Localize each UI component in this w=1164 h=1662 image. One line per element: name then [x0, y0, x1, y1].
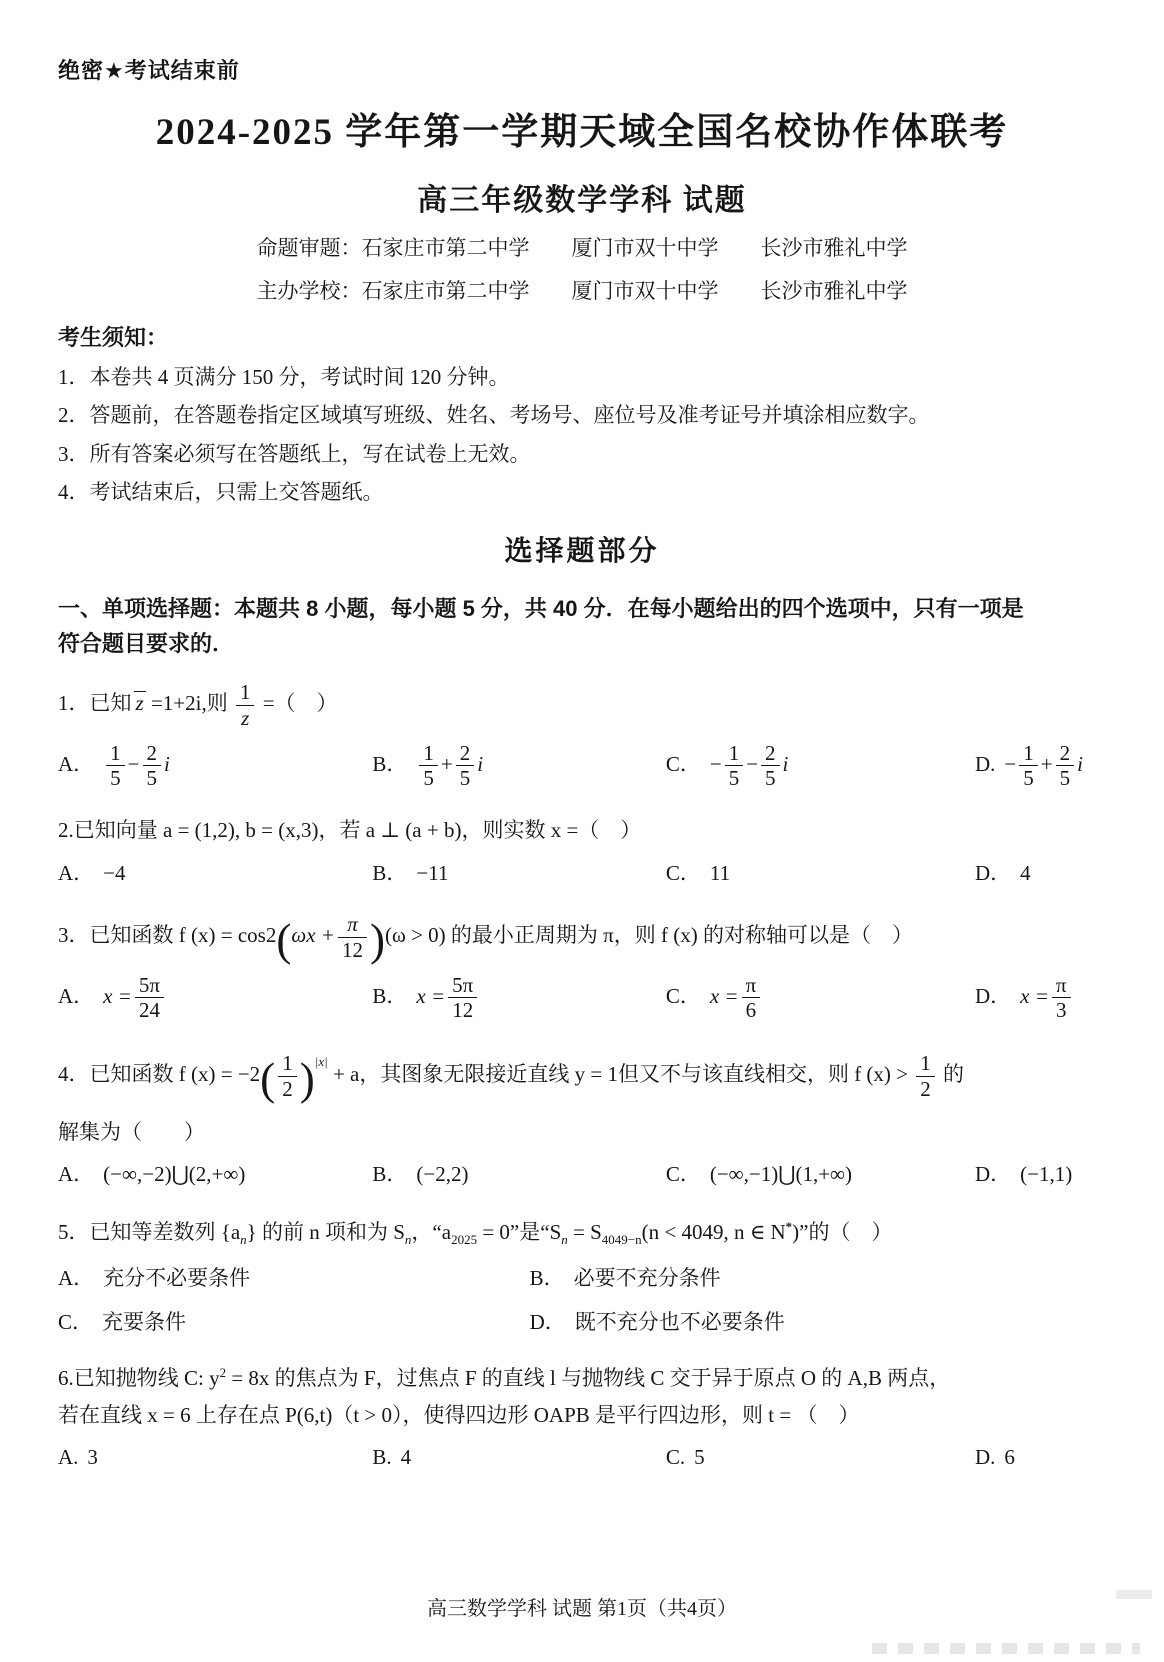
question-5-options: A．充分不必要条件 B．必要不充分条件 C．充要条件 D．既不充分也不必要条件 [58, 1262, 1106, 1336]
q5-text-pre: 5．已知等差数列 {a [58, 1220, 240, 1244]
question-1-options: A．15−25i B．15+25i C．−15−25i D.−15+25i [58, 740, 1106, 792]
fraction: 12 [916, 1052, 935, 1100]
q3-option-a: A．x =5π24 [58, 972, 372, 1024]
q6-line1-post: = 8x 的焦点为 F，过焦点 F 的直线 l 与抛物线 C 交于异于原点 O … [226, 1366, 950, 1390]
q4-option-c: C．(−∞,−1)⋃(1,+∞) [666, 1158, 975, 1188]
option-label: D． [975, 861, 1011, 885]
question-5: 5．已知等差数列 {an} 的前 n 项和为 Sn，“a2025 = 0”是“S… [58, 1218, 1106, 1249]
fraction-numerator: π [1052, 974, 1071, 999]
fraction-numerator: 1 [419, 742, 438, 767]
option-value: 3 [87, 1445, 98, 1469]
fraction-denominator: 5 [761, 766, 780, 790]
option-value: 既不充分也不必要条件 [575, 1310, 785, 1334]
q2-option-c: C．11 [666, 857, 975, 887]
section-intro-line1: 一、单项选择题：本题共 8 小题，每小题 5 分，共 40 分．在每小题给出的四… [58, 591, 1106, 626]
q6-line1-pre: 6.已知抛物线 C: y [58, 1366, 220, 1390]
option-label: B． [372, 1162, 407, 1186]
option-label: D． [975, 984, 1011, 1008]
option-label: A． [58, 861, 94, 885]
option-label: B． [372, 984, 407, 1008]
q1-option-d: D.−15+25i [975, 740, 1106, 792]
q5-text: = S [568, 1220, 602, 1244]
q5-option-a: A．充分不必要条件 [58, 1262, 530, 1292]
q3-inner-expression: ωx + [291, 923, 335, 947]
option-operator: − [128, 752, 140, 776]
notice-item-3: 3．所有答案必须写在答题纸上，写在试卷上无效。 [58, 441, 1106, 467]
q5-text: ，“a [411, 1220, 451, 1244]
right-parenthesis: ) [370, 925, 385, 957]
option-value: 必要不充分条件 [574, 1266, 721, 1290]
exam-title: 2024-2025 学年第一学期天域全国名校协作体联考 [58, 101, 1106, 155]
option-value: 6 [1004, 1445, 1015, 1469]
option-value: 4 [1020, 861, 1031, 885]
q4-text-pre: 4．已知函数 f (x) = −2 [58, 1062, 260, 1086]
fraction-denominator: 24 [135, 998, 164, 1022]
fraction-numerator: 1 [916, 1052, 935, 1077]
option-value: −11 [416, 861, 448, 885]
notice-item-2: 2．答题前，在答题卷指定区域填写班级、姓名、考场号、座位号及准考证号并填涂相应数… [58, 402, 1106, 428]
fraction-denominator: 5 [419, 766, 438, 790]
fraction-numerator: π [742, 974, 761, 999]
subscript: 2025 [451, 1233, 477, 1248]
fraction-denominator: 5 [1056, 766, 1075, 790]
fraction: 12 [278, 1052, 297, 1100]
option-value: 4 [401, 1445, 412, 1469]
fraction-denominator: 5 [1019, 766, 1038, 790]
q5-option-d: D．既不充分也不必要条件 [530, 1306, 1106, 1336]
fraction-numerator: 1 [106, 742, 125, 767]
option-equation: x = [103, 984, 132, 1008]
right-parenthesis: ) [300, 1064, 315, 1096]
q1-text-mid: =1+2i,则 [146, 691, 228, 715]
option-label: C． [666, 984, 701, 1008]
q6-line2: 若在直线 x = 6 上存在点 P(6,t)（t > 0），使得四边形 OAPB… [58, 1403, 859, 1427]
option-label: B． [372, 861, 407, 885]
option-equation: x = [1020, 984, 1049, 1008]
option-label: D． [530, 1310, 566, 1334]
fraction: 5π12 [448, 974, 477, 1022]
fraction-numerator: 2 [143, 742, 162, 767]
q6-option-a: A.3 [58, 1445, 372, 1470]
question-3: 3．已知函数 f (x) = cos2(ωx +π12)(ω > 0) 的最小正… [58, 911, 1106, 963]
option-sign: − [1004, 752, 1016, 776]
option-label: A． [58, 752, 94, 776]
option-label: B． [372, 752, 407, 776]
q1-text-pre: 1．已知 [58, 691, 132, 715]
question-2: 2.已知向量 a = (1,2), b = (x,3)，若 a ⊥ (a + b… [58, 816, 1106, 845]
left-parenthesis: ( [276, 925, 291, 957]
option-value: (−∞,−2)⋃(2,+∞) [103, 1162, 245, 1186]
question-2-options: A．−4 B．−11 C．11 D．4 [58, 857, 1106, 887]
section-heading: 选择题部分 [58, 529, 1106, 569]
option-value: 11 [710, 861, 730, 885]
subscript: 4049−n [602, 1233, 642, 1248]
fraction-numerator: 2 [761, 742, 780, 767]
q5-text: } 的前 n 项和为 S [247, 1220, 405, 1244]
notice-heading: 考生须知： [58, 321, 1106, 352]
q3-option-b: B．x =5π12 [372, 972, 665, 1024]
q5-option-b: B．必要不充分条件 [530, 1262, 1106, 1292]
reviewers-line: 命题审题：石家庄市第二中学 厦门市双十中学 长沙市雅礼中学 [58, 232, 1106, 262]
fraction-numerator: 1 [725, 742, 744, 767]
option-imaginary-unit: i [783, 752, 789, 776]
option-operator: + [441, 752, 453, 776]
fraction: 25 [1056, 742, 1075, 790]
option-equation: x = [710, 984, 739, 1008]
fraction-denominator: 12 [338, 938, 367, 962]
left-parenthesis: ( [260, 1064, 275, 1096]
fraction-denominator: 5 [456, 766, 475, 790]
question-6: 6.已知抛物线 C: y2 = 8x 的焦点为 F，过焦点 F 的直线 l 与抛… [58, 1360, 1106, 1434]
fraction-numerator: π [338, 913, 367, 938]
q5-text-tail: )”的（ ） [792, 1220, 892, 1244]
fraction-numerator: 1 [1019, 742, 1038, 767]
fraction-denominator: z [236, 706, 255, 730]
fraction: 1z [236, 681, 255, 729]
fraction: 25 [143, 742, 162, 790]
option-label: D． [975, 1162, 1011, 1186]
fraction: 25 [456, 742, 475, 790]
classification-label: 绝密★考试结束前 [58, 54, 1106, 85]
fraction: π6 [742, 974, 761, 1022]
q5-text: = 0”是“S [477, 1220, 561, 1244]
q2-option-a: A．−4 [58, 857, 372, 887]
hosts-line: 主办学校：石家庄市第二中学 厦门市双十中学 长沙市雅礼中学 [58, 275, 1106, 305]
fraction-numerator: 5π [448, 974, 477, 999]
fraction-numerator: 1 [236, 681, 255, 706]
option-label: D. [975, 752, 995, 776]
q4-option-b: B．(−2,2) [372, 1158, 665, 1188]
option-label: A． [58, 1162, 94, 1186]
section-intro: 一、单项选择题：本题共 8 小题，每小题 5 分，共 40 分．在每小题给出的四… [58, 591, 1106, 661]
exam-page: 绝密★考试结束前 2024-2025 学年第一学期天域全国名校协作体联考 高三年… [0, 0, 1164, 1662]
question-3-options: A．x =5π24 B．x =5π12 C．x =π6 D．x =π3 [58, 972, 1106, 1024]
scan-artifact [1116, 1590, 1152, 1599]
q3-option-c: C．x =π6 [666, 972, 975, 1024]
q4-solution-set-line: 解集为（ ） [58, 1116, 1106, 1146]
option-value: (−2,2) [416, 1162, 468, 1186]
fraction-denominator: 2 [916, 1077, 935, 1101]
fraction-numerator: 2 [456, 742, 475, 767]
fraction: π12 [338, 913, 367, 961]
option-label: C． [666, 752, 701, 776]
exam-subtitle: 高三年级数学学科 试题 [58, 175, 1106, 219]
option-imaginary-unit: i [1077, 752, 1083, 776]
fraction: 15 [106, 742, 125, 790]
q4-text-mid: + a，其图象无限接近直线 y = 1但又不与该直线相交，则 f (x) > [328, 1062, 914, 1086]
option-imaginary-unit: i [164, 752, 170, 776]
q3-option-d: D．x =π3 [975, 972, 1106, 1024]
fraction: 15 [1019, 742, 1038, 790]
option-label: A． [58, 1266, 94, 1290]
option-label: A. [58, 1445, 78, 1469]
option-operator: + [1041, 752, 1053, 776]
option-label: C． [58, 1310, 93, 1334]
option-value: (−1,1) [1020, 1162, 1072, 1186]
q6-option-d: D.6 [975, 1445, 1106, 1470]
option-label: D. [975, 1445, 995, 1469]
q1-option-a: A．15−25i [58, 740, 372, 792]
fraction: 15 [725, 742, 744, 790]
q4-exponent: |x| [315, 1054, 328, 1069]
q2-option-d: D．4 [975, 857, 1106, 887]
scan-artifact [872, 1643, 1140, 1654]
option-operator: − [746, 752, 758, 776]
page-footer: 高三数学学科 试题 第1页（共4页） [0, 1592, 1164, 1621]
q5-text: (n < 4049, n ∈ N [642, 1220, 786, 1244]
question-4-options: A．(−∞,−2)⋃(2,+∞) B．(−2,2) C．(−∞,−1)⋃(1,+… [58, 1158, 1106, 1188]
option-sign: − [710, 752, 722, 776]
question-4: 4．已知函数 f (x) = −2(12)|x| + a，其图象无限接近直线 y… [58, 1050, 1106, 1102]
notice-item-1: 1．本卷共 4 页满分 150 分，考试时间 120 分钟。 [58, 364, 1106, 390]
option-label: A． [58, 984, 94, 1008]
option-label: C． [666, 861, 701, 885]
fraction-denominator: 3 [1052, 998, 1071, 1022]
fraction-denominator: 5 [725, 766, 744, 790]
option-label: C. [666, 1445, 685, 1469]
fraction-denominator: 12 [448, 998, 477, 1022]
fraction-numerator: 5π [135, 974, 164, 999]
q3-text-post: (ω > 0) 的最小正周期为 π，则 f (x) 的对称轴可以是（ ） [385, 923, 913, 947]
fraction: 5π24 [135, 974, 164, 1022]
notice-item-4: 4．考试结束后，只需上交答题纸。 [58, 479, 1106, 505]
q4-option-d: D．(−1,1) [975, 1158, 1106, 1188]
option-value: 5 [694, 1445, 705, 1469]
fraction-numerator: 2 [1056, 742, 1075, 767]
option-label: C． [666, 1162, 701, 1186]
q1-option-b: B．15+25i [372, 740, 665, 792]
fraction-denominator: 5 [106, 766, 125, 790]
fraction-denominator: 2 [278, 1077, 297, 1101]
option-equation: x = [416, 984, 445, 1008]
q3-text-pre: 3．已知函数 f (x) = cos2 [58, 923, 276, 947]
q5-option-c: C．充要条件 [58, 1306, 530, 1336]
q6-option-b: B.4 [372, 1445, 665, 1470]
option-imaginary-unit: i [477, 752, 483, 776]
fraction: π3 [1052, 974, 1071, 1022]
section-intro-line2: 符合题目要求的． [58, 626, 1106, 661]
fraction-denominator: 6 [742, 998, 761, 1022]
q1-text-tail: =（ ） [257, 691, 337, 715]
q1-z-conjugate: z [134, 691, 146, 714]
fraction-denominator: 5 [143, 766, 162, 790]
fraction-numerator: 1 [278, 1052, 297, 1077]
q6-option-c: C.5 [666, 1445, 975, 1470]
option-value: (−∞,−1)⋃(1,+∞) [710, 1162, 852, 1186]
q4-option-a: A．(−∞,−2)⋃(2,+∞) [58, 1158, 372, 1188]
option-value: 充要条件 [102, 1310, 186, 1334]
fraction: 25 [761, 742, 780, 790]
fraction: 15 [419, 742, 438, 790]
q1-option-c: C．−15−25i [666, 740, 975, 792]
option-value: −4 [103, 861, 125, 885]
q2-option-b: B．−11 [372, 857, 665, 887]
option-label: B． [530, 1266, 565, 1290]
option-value: 充分不必要条件 [103, 1266, 250, 1290]
question-1: 1．已知z =1+2i,则 1z =（ ） [58, 679, 1106, 731]
option-label: B. [372, 1445, 391, 1469]
question-6-options: A.3 B.4 C.5 D.6 [58, 1445, 1106, 1470]
q4-text-tail: 的 [938, 1062, 964, 1086]
